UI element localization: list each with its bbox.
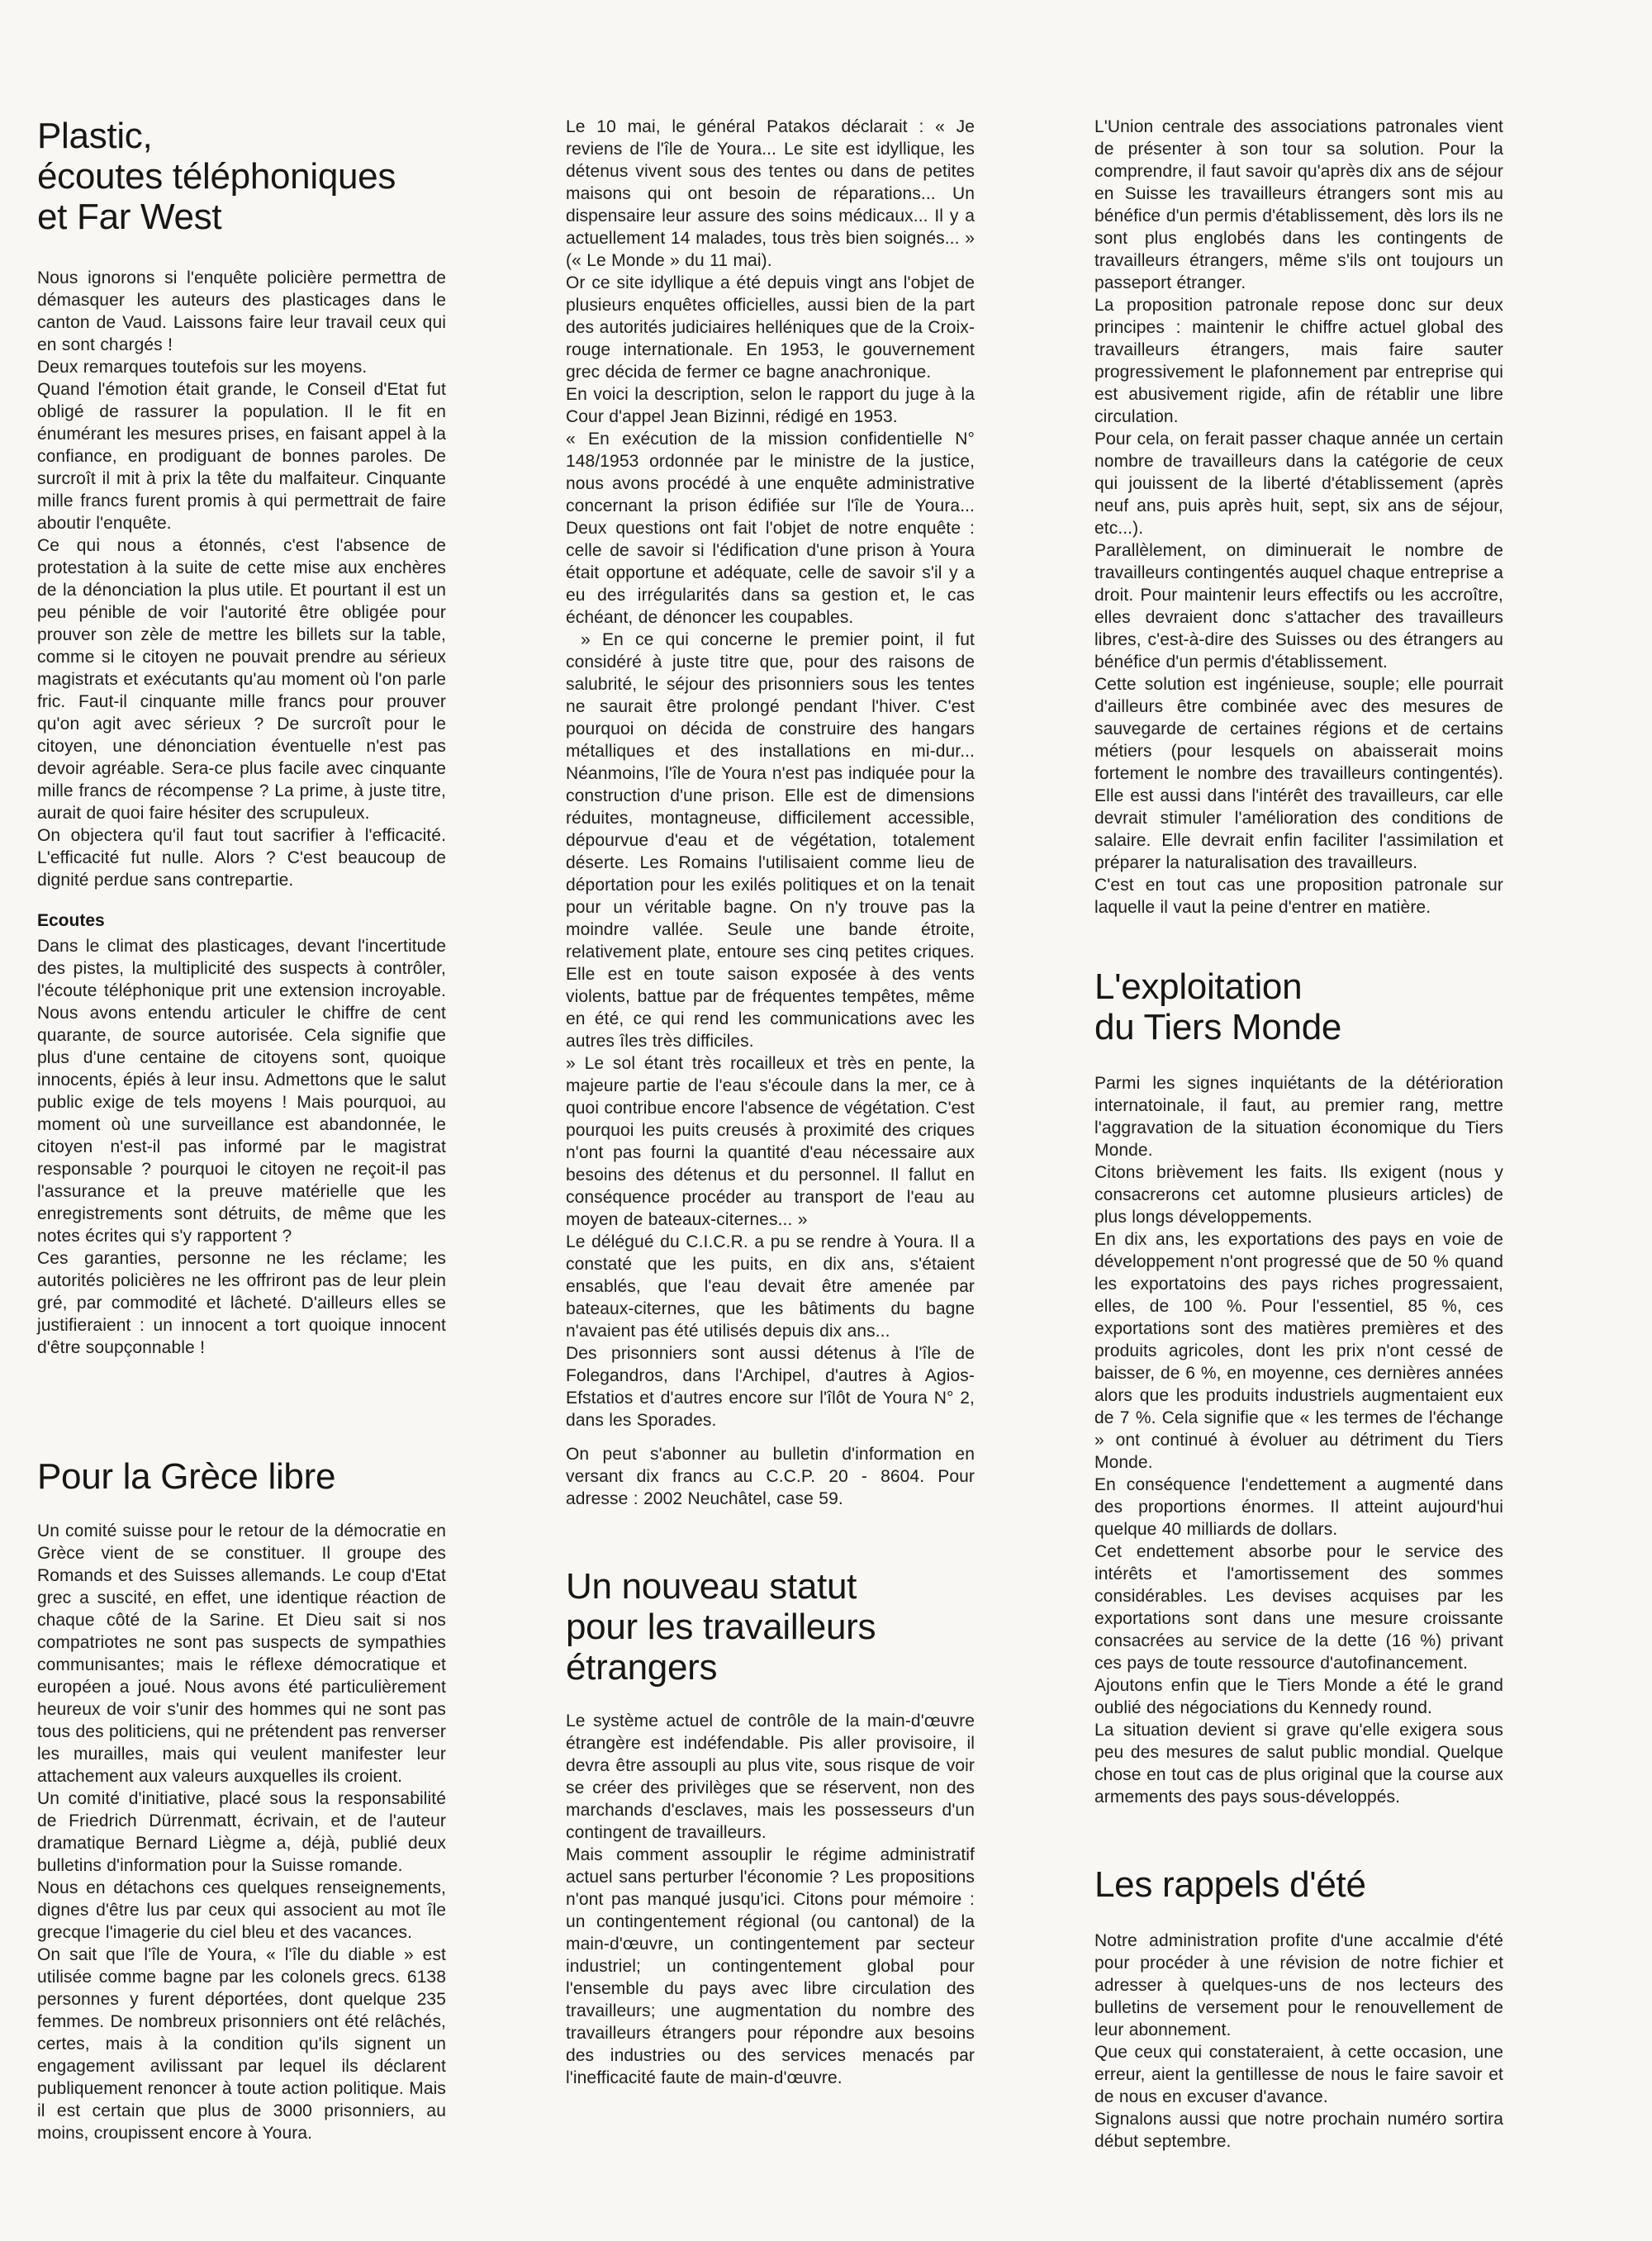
article-paragraph: L'Union centrale des associations patron… [1094,116,1503,294]
article-paragraph: Cette solution est ingénieuse, souple; e… [1094,673,1503,874]
article-paragraph: En conséquence l'endettement a augmenté … [1094,1474,1503,1541]
article-paragraph: On objectera qu'il faut tout sacrifier à… [37,824,446,891]
article-paragraph: Un comité suisse pour le retour de la dé… [37,1520,446,1788]
article-paragraph: En voici la description, selon le rappor… [566,383,975,428]
scanned-newspaper-page: { "page": { "paper_color": "#f8f7f4", "i… [0,0,1652,2241]
subhead-ecoutes: Ecoutes [37,909,446,932]
article-paragraph: « En exécution de la mission confidentie… [566,428,975,629]
article-paragraph: Ce qui nous a étonnés, c'est l'absence d… [37,534,446,824]
article-paragraph: Signalons aussi que notre prochain numér… [1094,2108,1503,2153]
article-paragraph: Nous en détachons ces quelques renseigne… [37,1877,446,1944]
subscription-note: On peut s'abonner au bulletin d'informat… [566,1443,975,1510]
article-title-statut: Un nouveau statut pour les travailleurs … [566,1566,975,1688]
article-paragraph: Des prisonniers sont aussi détenus à l'î… [566,1342,975,1431]
article-paragraph: Cet endettement absorbe pour le service … [1094,1541,1503,1674]
article-paragraph: Mais comment assouplir le régime adminis… [566,1844,975,2089]
page: Plastic, écoutes téléphoniques et Far We… [0,0,1652,2241]
article-paragraph: On sait que l'île de Youra, « l'île du d… [37,1944,446,2144]
article-paragraph: Que ceux qui constateraient, à cette occ… [1094,2041,1503,2108]
article-title-rappels: Les rappels d'été [1094,1864,1503,1905]
article-paragraph: Dans le climat des plasticages, devant l… [37,935,446,1247]
article-paragraph: Notre administration profite d'une accal… [1094,1930,1503,2041]
article-paragraph: Le système actuel de contrôle de la main… [566,1710,975,1844]
column-2: Le 10 mai, le général Patakos déclarait … [566,116,975,2241]
column-3: L'Union centrale des associations patron… [1094,116,1503,2241]
article-paragraph: Ajoutons enfin que le Tiers Monde a été … [1094,1674,1503,1719]
article-paragraph: En dix ans, les exportations des pays en… [1094,1228,1503,1474]
article-paragraph: Ces garanties, personne ne les réclame; … [37,1247,446,1359]
article-paragraph: La situation devient si grave qu'elle ex… [1094,1719,1503,1808]
article-paragraph: Pour cela, on ferait passer chaque année… [1094,428,1503,539]
article-paragraph: Citons brièvement les faits. Ils exigent… [1094,1161,1503,1228]
article-paragraph: Deux remarques toutefois sur les moyens. [37,356,446,378]
article-paragraph: Parallèlement, on diminuerait le nombre … [1094,539,1503,673]
article-paragraph: Le délégué du C.I.C.R. a pu se rendre à … [566,1231,975,1342]
article-title-plastic: Plastic, écoutes téléphoniques et Far We… [37,116,446,237]
article-paragraph: La proposition patronale repose donc sur… [1094,294,1503,428]
article-title-grece: Pour la Grèce libre [37,1456,446,1497]
article-paragraph: Nous ignorons si l'enquête policière per… [37,267,446,356]
article-paragraph: Quand l'émotion était grande, le Conseil… [37,378,446,534]
article-paragraph: Parmi les signes inquiétants de la détér… [1094,1072,1503,1161]
column-1: Plastic, écoutes téléphoniques et Far We… [37,116,446,2241]
article-paragraph: Un comité d'initiative, placé sous la re… [37,1788,446,1877]
article-paragraph: Or ce site idyllique a été depuis vingt … [566,272,975,383]
article-title-tiers-monde: L'exploitation du Tiers Monde [1094,966,1503,1047]
article-paragraph: » Le sol étant très rocailleux et très e… [566,1052,975,1231]
article-paragraph: Le 10 mai, le général Patakos déclarait … [566,116,975,272]
article-paragraph: » En ce qui concerne le premier point, i… [566,629,975,1052]
article-paragraph: C'est en tout cas une proposition patron… [1094,874,1503,919]
